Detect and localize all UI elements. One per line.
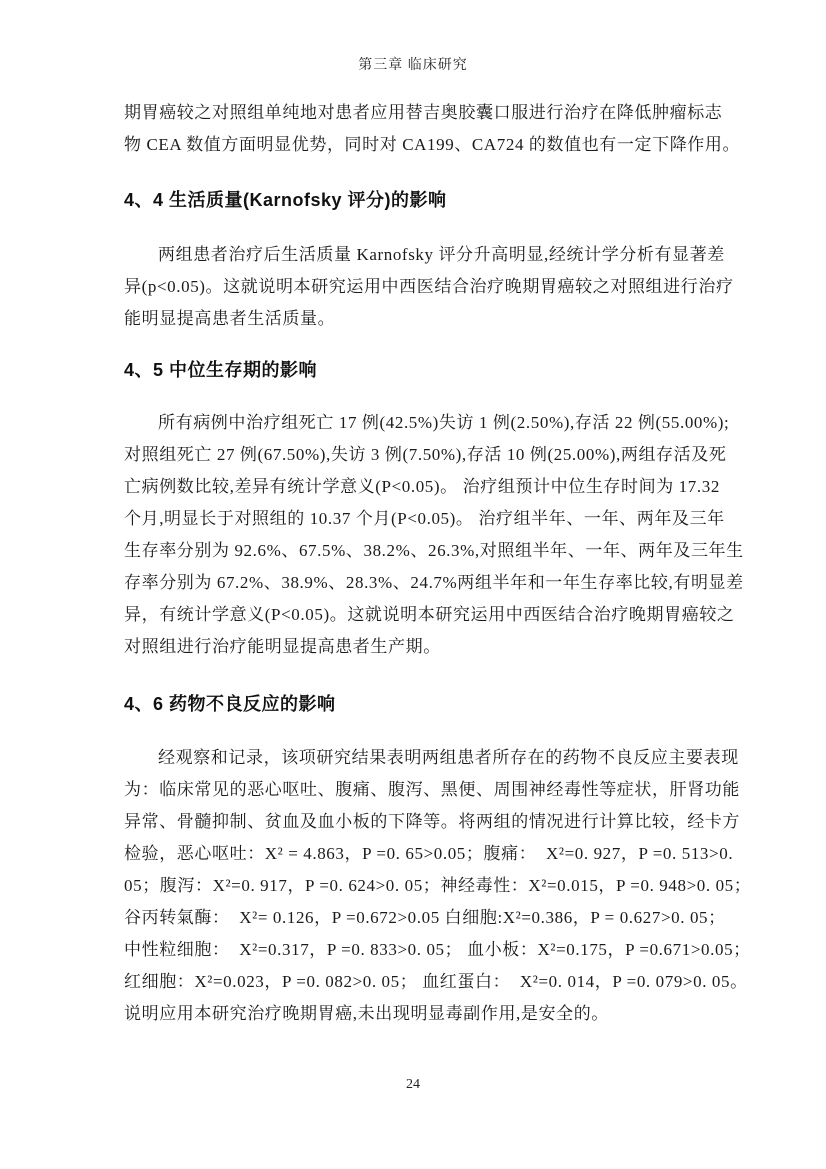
text-line: 生存率分别为 92.6%、67.5%、38.2%、26.3%,对照组半年、一年、… (124, 535, 708, 567)
text-line: 说明应用本研究治疗晚期胃癌,未出现明显毒副作用,是安全的。 (124, 998, 708, 1030)
text-line: 能明显提高患者生活质量。 (124, 303, 708, 335)
text-line: 亡病例数比较,差异有统计学意义(P<0.05)。 治疗组预计中位生存时间为 17… (124, 471, 708, 503)
text-line: 为：临床常见的恶心呕吐、腹痛、腹泻、黑便、周围神经毒性等症状，肝肾功能 (124, 774, 708, 806)
text-line: 两组患者治疗后生活质量 Karnofsky 评分升高明显,经统计学分析有显著差 (124, 239, 708, 271)
intro-paragraph: 期胃癌较之对照组单纯地对患者应用替吉奥胶囊口服进行治疗在降低肿瘤标志 物 CEA… (124, 97, 708, 161)
text-line: 对照组进行治疗能明显提高患者生产期。 (124, 631, 708, 663)
section-heading-4-4: 4、4 生活质量(Karnofsky 评分)的影响 (124, 187, 708, 213)
section-paragraph-4-5: 所有病例中治疗组死亡 17 例(42.5%)失访 1 例(2.50%),存活 2… (124, 407, 708, 663)
page-content: 期胃癌较之对照组单纯地对患者应用替吉奥胶囊口服进行治疗在降低肿瘤标志 物 CEA… (124, 97, 708, 1030)
text-line: 所有病例中治疗组死亡 17 例(42.5%)失访 1 例(2.50%),存活 2… (124, 407, 708, 439)
text-line: 经观察和记录，该项研究结果表明两组患者所存在的药物不良反应主要表现 (124, 742, 708, 774)
section-heading-4-5: 4、5 中位生存期的影响 (124, 357, 708, 383)
text-line: 异，有统计学意义(P<0.05)。这就说明本研究运用中西医结合治疗晚期胃癌较之 (124, 599, 708, 631)
text-line: 谷丙转氣酶： X²= 0.126，P =0.672>0.05 白细胞:X²=0.… (124, 902, 708, 934)
text-line: 物 CEA 数值方面明显优势，同时对 CA199、CA724 的数值也有一定下降… (124, 129, 708, 161)
text-line: 05；腹泻：X²=0. 917，P =0. 624>0. 05；神经毒性：X²=… (124, 870, 708, 902)
chapter-header: 第三章 临床研究 (0, 56, 826, 76)
text-line: 红细胞：X²=0.023，P =0. 082>0. 05； 血红蛋白： X²=0… (124, 966, 708, 998)
text-line: 中性粒细胞： X²=0.317，P =0. 833>0. 05； 血小板：X²=… (124, 934, 708, 966)
text-line: 检验，恶心呕吐：X² = 4.863，P =0. 65>0.05；腹痛： X²=… (124, 838, 708, 870)
text-line: 异常、骨髓抑制、贫血及血小板的下降等。将两组的情况进行计算比较，经卡方 (124, 806, 708, 838)
section-paragraph-4-6: 经观察和记录，该项研究结果表明两组患者所存在的药物不良反应主要表现 为：临床常见… (124, 742, 708, 1030)
text-line: 存率分别为 67.2%、38.9%、28.3%、24.7%两组半年和一年生存率比… (124, 567, 708, 599)
section-heading-4-6: 4、6 药物不良反应的影响 (124, 691, 708, 717)
document-page: 第三章 临床研究 期胃癌较之对照组单纯地对患者应用替吉奥胶囊口服进行治疗在降低肿… (0, 0, 826, 1169)
text-line: 异(p<0.05)。这就说明本研究运用中西医结合治疗晚期胃癌较之对照组进行治疗 (124, 271, 708, 303)
section-paragraph-4-4: 两组患者治疗后生活质量 Karnofsky 评分升高明显,经统计学分析有显著差 … (124, 239, 708, 335)
text-line: 个月,明显长于对照组的 10.37 个月(P<0.05)。 治疗组半年、一年、两… (124, 503, 708, 535)
page-number: 24 (0, 1075, 826, 1095)
text-line: 对照组死亡 27 例(67.50%),失访 3 例(7.50%),存活 10 例… (124, 439, 708, 471)
text-line: 期胃癌较之对照组单纯地对患者应用替吉奥胶囊口服进行治疗在降低肿瘤标志 (124, 97, 708, 129)
